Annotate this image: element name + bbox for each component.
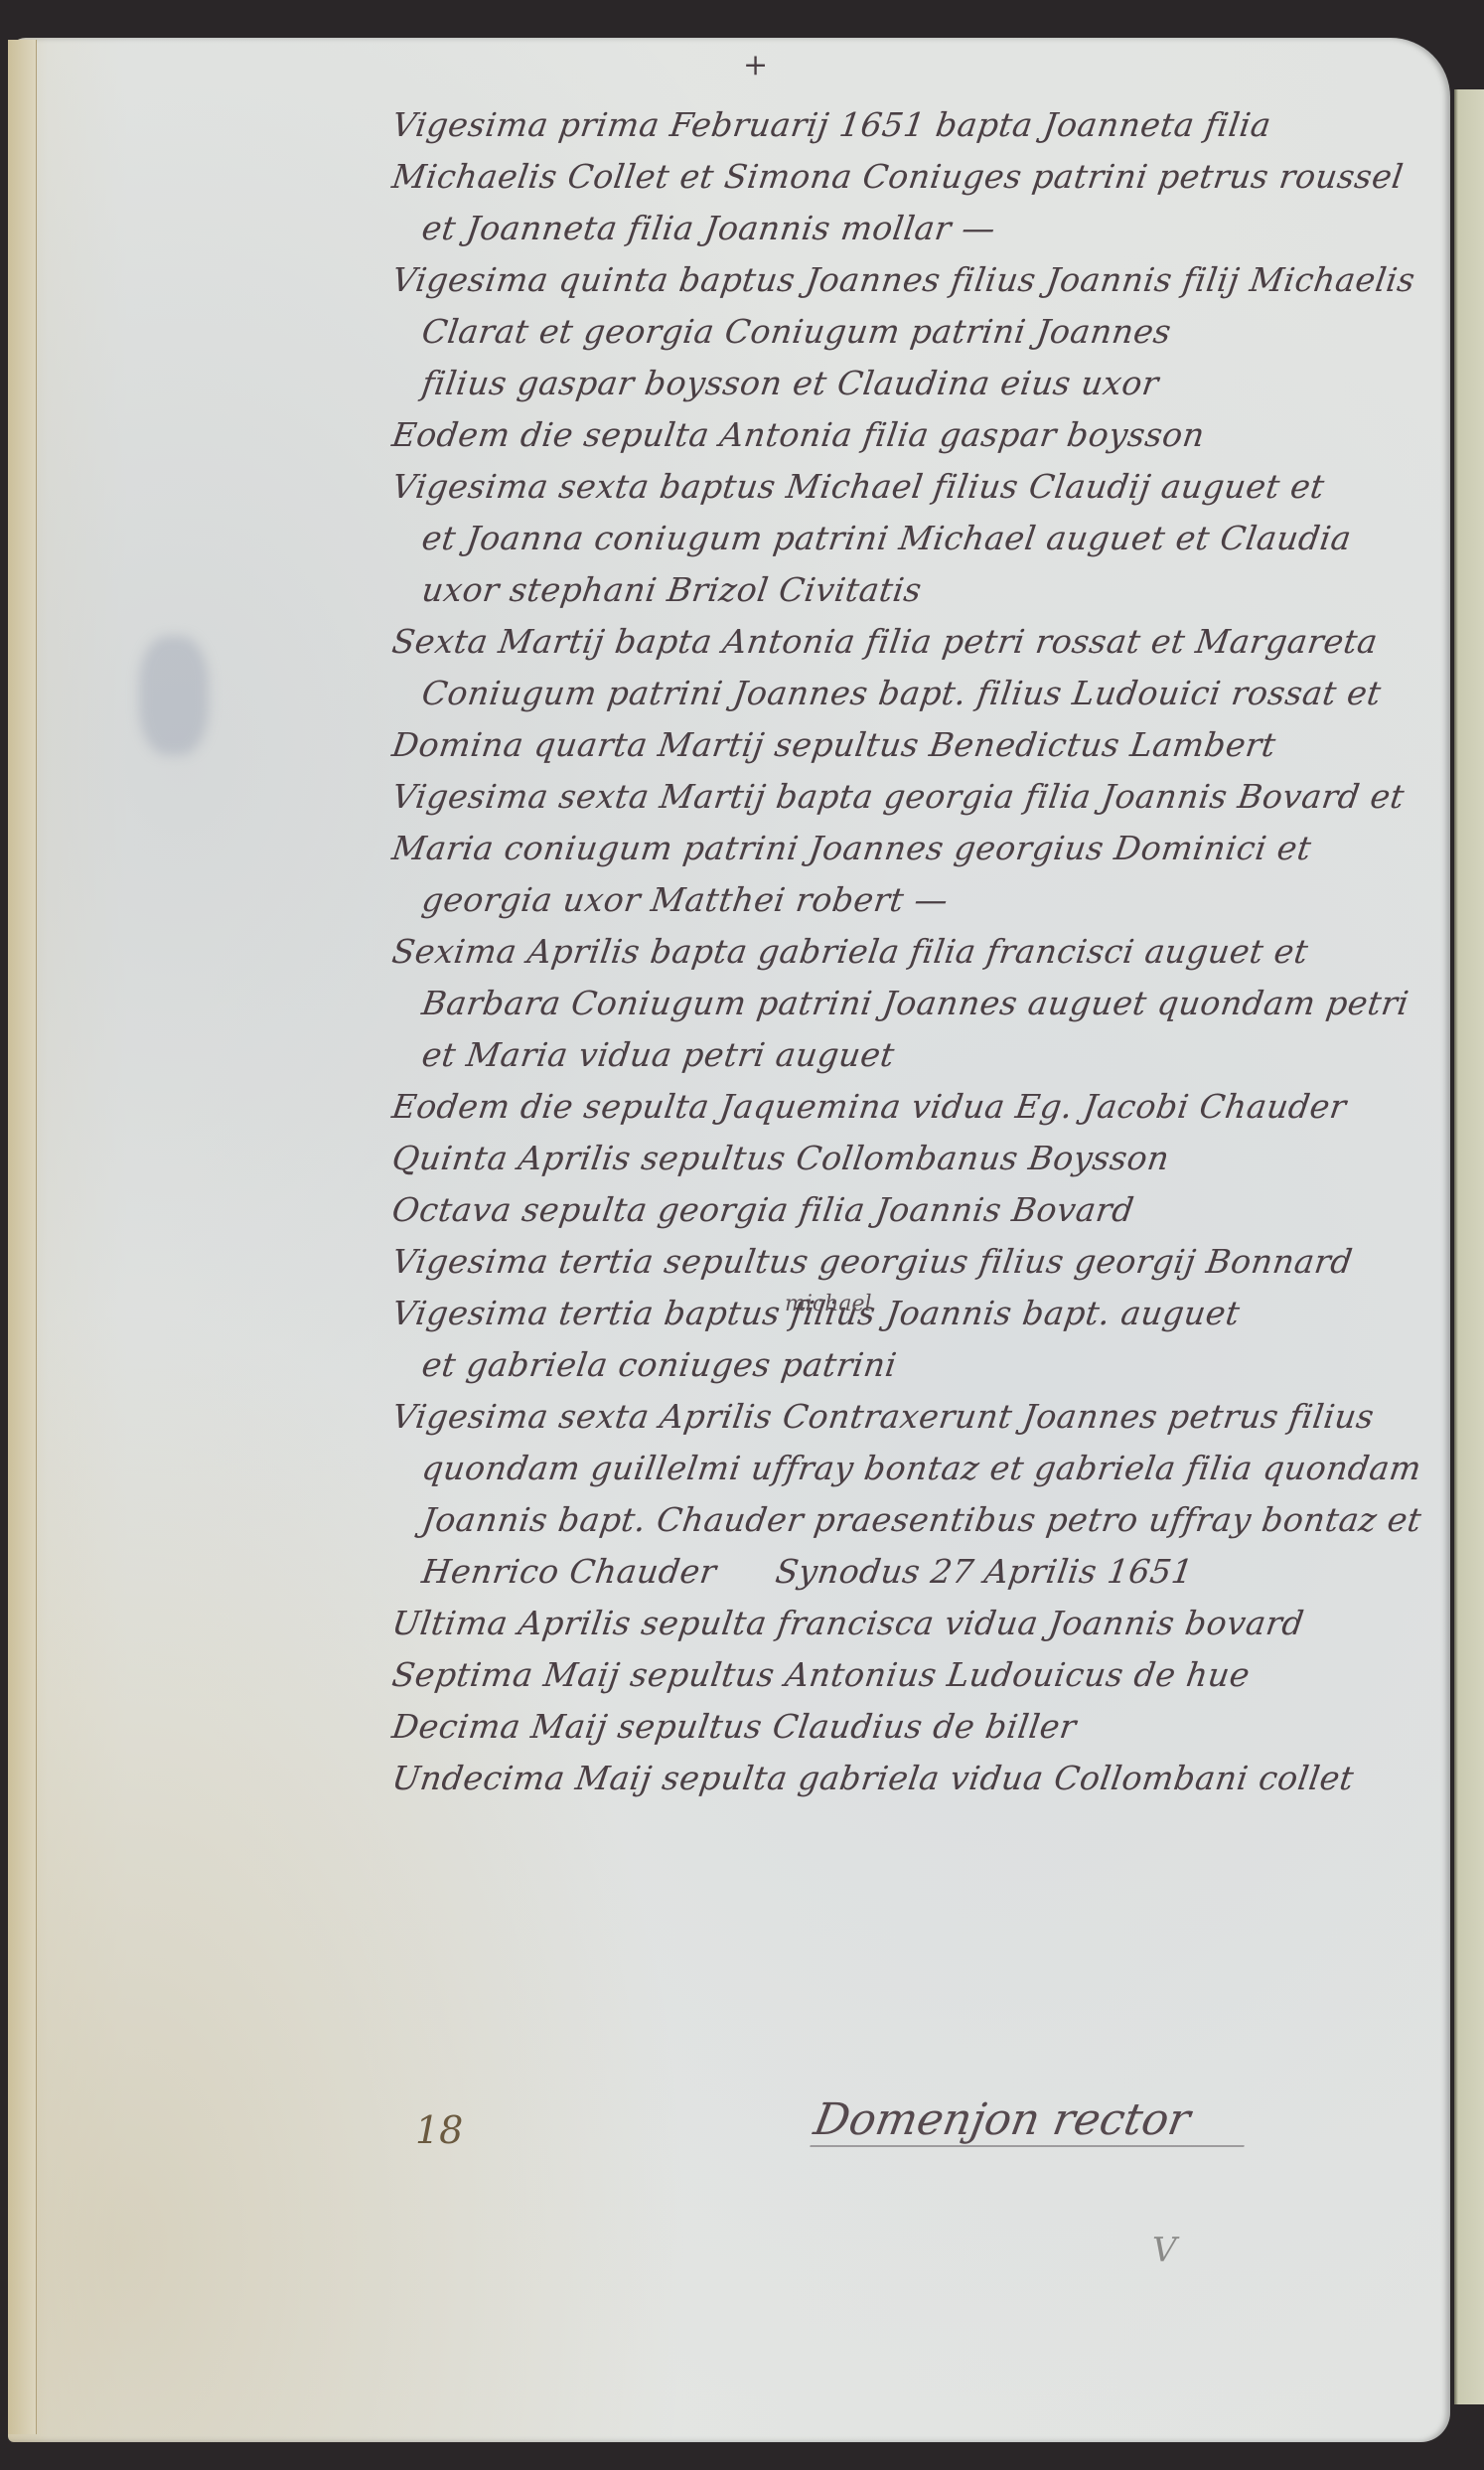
entry-line: Maria coniugum patrini Joannes georgius …: [388, 823, 1428, 874]
binding-edge: [8, 40, 37, 2434]
entry-line: Sexta Martij bapta Antonia filia petri r…: [388, 616, 1428, 668]
entry-line: uxor stephani Brizol Civitatis: [388, 564, 1428, 616]
entry-line: quondam guillelmi uffray bontaz et gabri…: [388, 1443, 1428, 1494]
entry-line: Michaelis Collet et Simona Coniuges patr…: [388, 151, 1428, 203]
entry-line: Vigesima tertia baptus filius Joannis ba…: [388, 1288, 1428, 1339]
entry-line: Eodem die sepulta Antonia filia gaspar b…: [388, 409, 1428, 461]
entry-line: Vigesima sexta Martij bapta georgia fili…: [388, 771, 1428, 823]
entry-line: Domina quarta Martij sepultus Benedictus…: [388, 719, 1428, 771]
entry-line: et Joanneta filia Joannis mollar —: [388, 203, 1428, 254]
interlinear-correction: michael: [785, 1292, 872, 1316]
entry-line: filius gaspar boysson et Claudina eius u…: [388, 358, 1428, 409]
entry-line: et Maria vidua petri auguet: [388, 1029, 1428, 1081]
entry-line: Octava sepulta georgia filia Joannis Bov…: [388, 1184, 1428, 1236]
entry-line: Ultima Aprilis sepulta francisca vidua J…: [388, 1598, 1428, 1649]
bottom-mark: V: [1152, 2231, 1177, 2270]
entry-line: Clarat et georgia Coniugum patrini Joann…: [388, 306, 1428, 358]
register-entries: Vigesima prima Februarij 1651 bapta Joan…: [392, 99, 1425, 1804]
entry-line: Vigesima sexta baptus Michael filius Cla…: [388, 461, 1428, 513]
page-number: 18: [415, 2108, 463, 2152]
synod-note: Synodus 27 Aprilis 1651: [772, 1546, 1196, 1598]
cross-mark: +: [743, 48, 768, 82]
entry-line: Septima Maij sepultus Antonius Ludouicus…: [388, 1649, 1428, 1701]
entry-line: Eodem die sepulta Jaquemina vidua Eg. Ja…: [388, 1081, 1428, 1133]
entry-line: Vigesima tertia sepultus georgius filius…: [388, 1236, 1428, 1288]
entry-line: Coniugum patrini Joannes bapt. filius Lu…: [388, 668, 1428, 719]
entry-line: Joannis bapt. Chauder praesentibus petro…: [388, 1494, 1428, 1546]
rector-signature: Domenjon rector: [810, 2094, 1254, 2147]
entry-line: georgia uxor Matthei robert —: [388, 874, 1428, 926]
entry-line: Quinta Aprilis sepultus Collombanus Boys…: [388, 1133, 1428, 1184]
entry-line: Decima Maij sepultus Claudius de biller: [388, 1701, 1428, 1753]
entry-line: Henrico ChauderSynodus 27 Aprilis 1651: [388, 1546, 1428, 1598]
entry-line: Undecima Maij sepulta gabriela vidua Col…: [388, 1753, 1428, 1804]
entry-line: Vigesima prima Februarij 1651 bapta Joan…: [388, 99, 1428, 151]
water-stain: [139, 636, 209, 755]
entry-line: Barbara Coniugum patrini Joannes auguet …: [388, 978, 1428, 1029]
entry-line: Sexima Aprilis bapta gabriela filia fran…: [388, 926, 1428, 978]
entry-line: Vigesima quinta baptus Joannes filius Jo…: [388, 254, 1428, 306]
entry-line: et Joanna coniugum patrini Michael augue…: [388, 513, 1428, 564]
entry-text: Henrico Chauder: [419, 1552, 719, 1591]
page-fore-edge: [1454, 89, 1484, 2404]
entry-line: et gabriela coniuges patrini: [388, 1339, 1428, 1391]
entry-line: Vigesima sexta Aprilis Contraxerunt Joan…: [388, 1391, 1428, 1443]
